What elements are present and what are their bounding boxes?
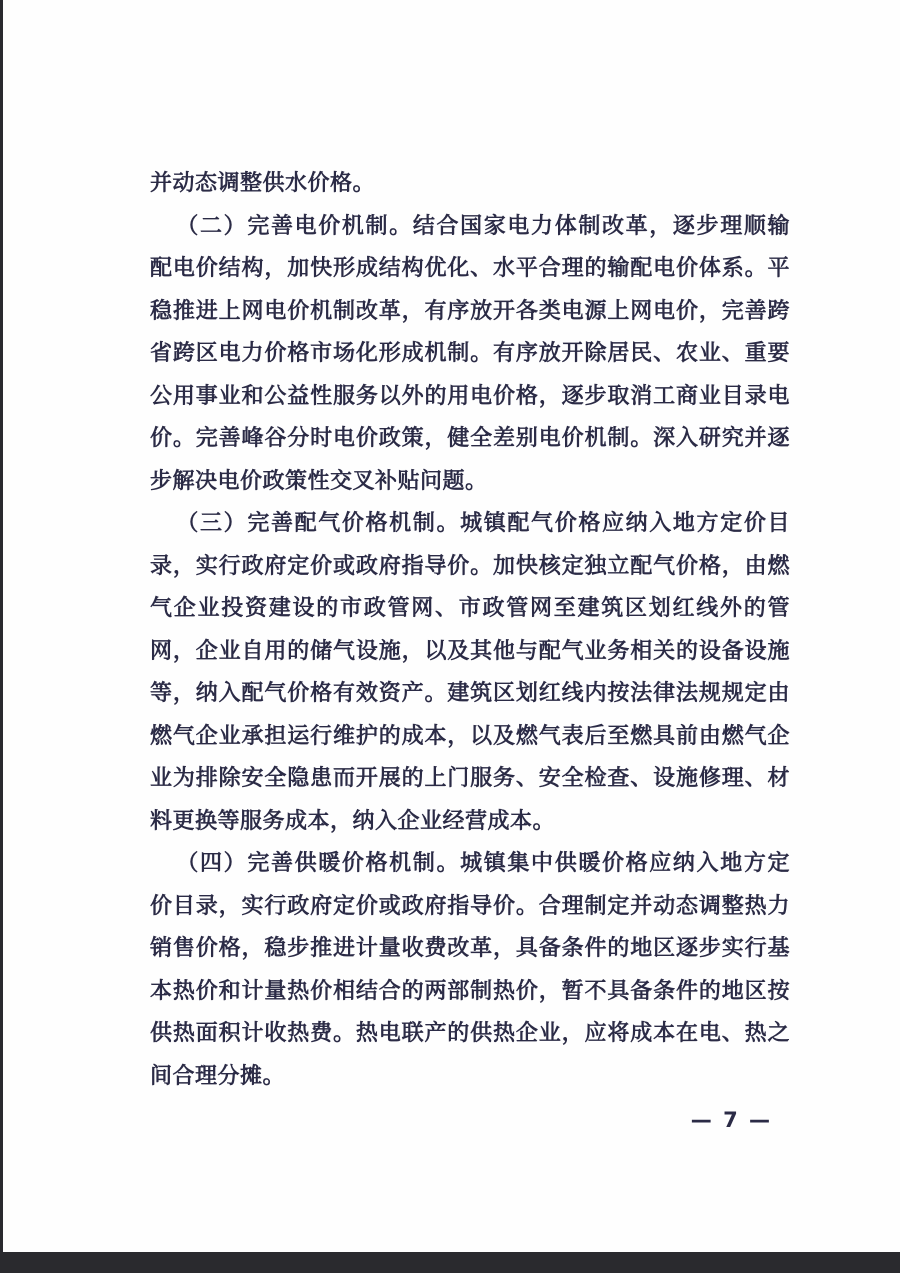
document-line: 业为排除安全隐患而开展的上门服务、安全检查、设施修理、材 — [150, 758, 790, 801]
page-number: — 7 — — [150, 1108, 790, 1132]
document-line: （四）完善供暖价格机制。城镇集中供暖价格应纳入地方定 — [150, 843, 790, 886]
document-line: 料更换等服务成本，纳入企业经营成本。 — [150, 801, 790, 844]
document-line: 配电价结构，加快形成结构优化、水平合理的输配电价体系。平 — [150, 248, 790, 291]
document-line: 供热面积计收热费。热电联产的供热企业，应将成本在电、热之 — [150, 1013, 790, 1056]
document-line: 间合理分摊。 — [150, 1056, 790, 1099]
document-line: 公用事业和公益性服务以外的用电价格，逐步取消工商业目录电 — [150, 376, 790, 419]
document-line: 稳推进上网电价机制改革，有序放开各类电源上网电价，完善跨 — [150, 291, 790, 334]
document-line: 省跨区电力价格市场化形成机制。有序放开除居民、农业、重要 — [150, 333, 790, 376]
document-line: （三）完善配气价格机制。城镇配气价格应纳入地方定价目 — [150, 503, 790, 546]
page-left-border-line — [0, 0, 3, 1273]
document-line: 气企业投资建设的市政管网、市政管网至建筑区划红线外的管 — [150, 588, 790, 631]
scanned-document-page: 并动态调整供水价格。（二）完善电价机制。结合国家电力体制改革，逐步理顺输配电价结… — [0, 0, 900, 1273]
document-line: 燃气企业承担运行维护的成本，以及燃气表后至燃具前由燃气企 — [150, 716, 790, 759]
document-body: 并动态调整供水价格。（二）完善电价机制。结合国家电力体制改革，逐步理顺输配电价结… — [150, 163, 790, 1132]
document-line: 网，企业自用的储气设施，以及其他与配气业务相关的设备设施 — [150, 631, 790, 674]
document-line: 价。完善峰谷分时电价政策，健全差别电价机制。深入研究并逐 — [150, 418, 790, 461]
document-text-block: 并动态调整供水价格。（二）完善电价机制。结合国家电力体制改革，逐步理顺输配电价结… — [150, 163, 790, 1098]
document-line: 销售价格，稳步推进计量收费改革，具备条件的地区逐步实行基 — [150, 928, 790, 971]
document-line: 并动态调整供水价格。 — [150, 163, 790, 206]
document-line: 录，实行政府定价或政府指导价。加快核定独立配气价格，由燃 — [150, 546, 790, 589]
document-line: （二）完善电价机制。结合国家电力体制改革，逐步理顺输 — [150, 206, 790, 249]
document-line: 步解决电价政策性交叉补贴问题。 — [150, 461, 790, 504]
page-bottom-border-band — [0, 1252, 900, 1273]
document-line: 本热价和计量热价相结合的两部制热价，暂不具备条件的地区按 — [150, 971, 790, 1014]
document-line: 等，纳入配气价格有效资产。建筑区划红线内按法律法规规定由 — [150, 673, 790, 716]
document-line: 价目录，实行政府定价或政府指导价。合理制定并动态调整热力 — [150, 886, 790, 929]
